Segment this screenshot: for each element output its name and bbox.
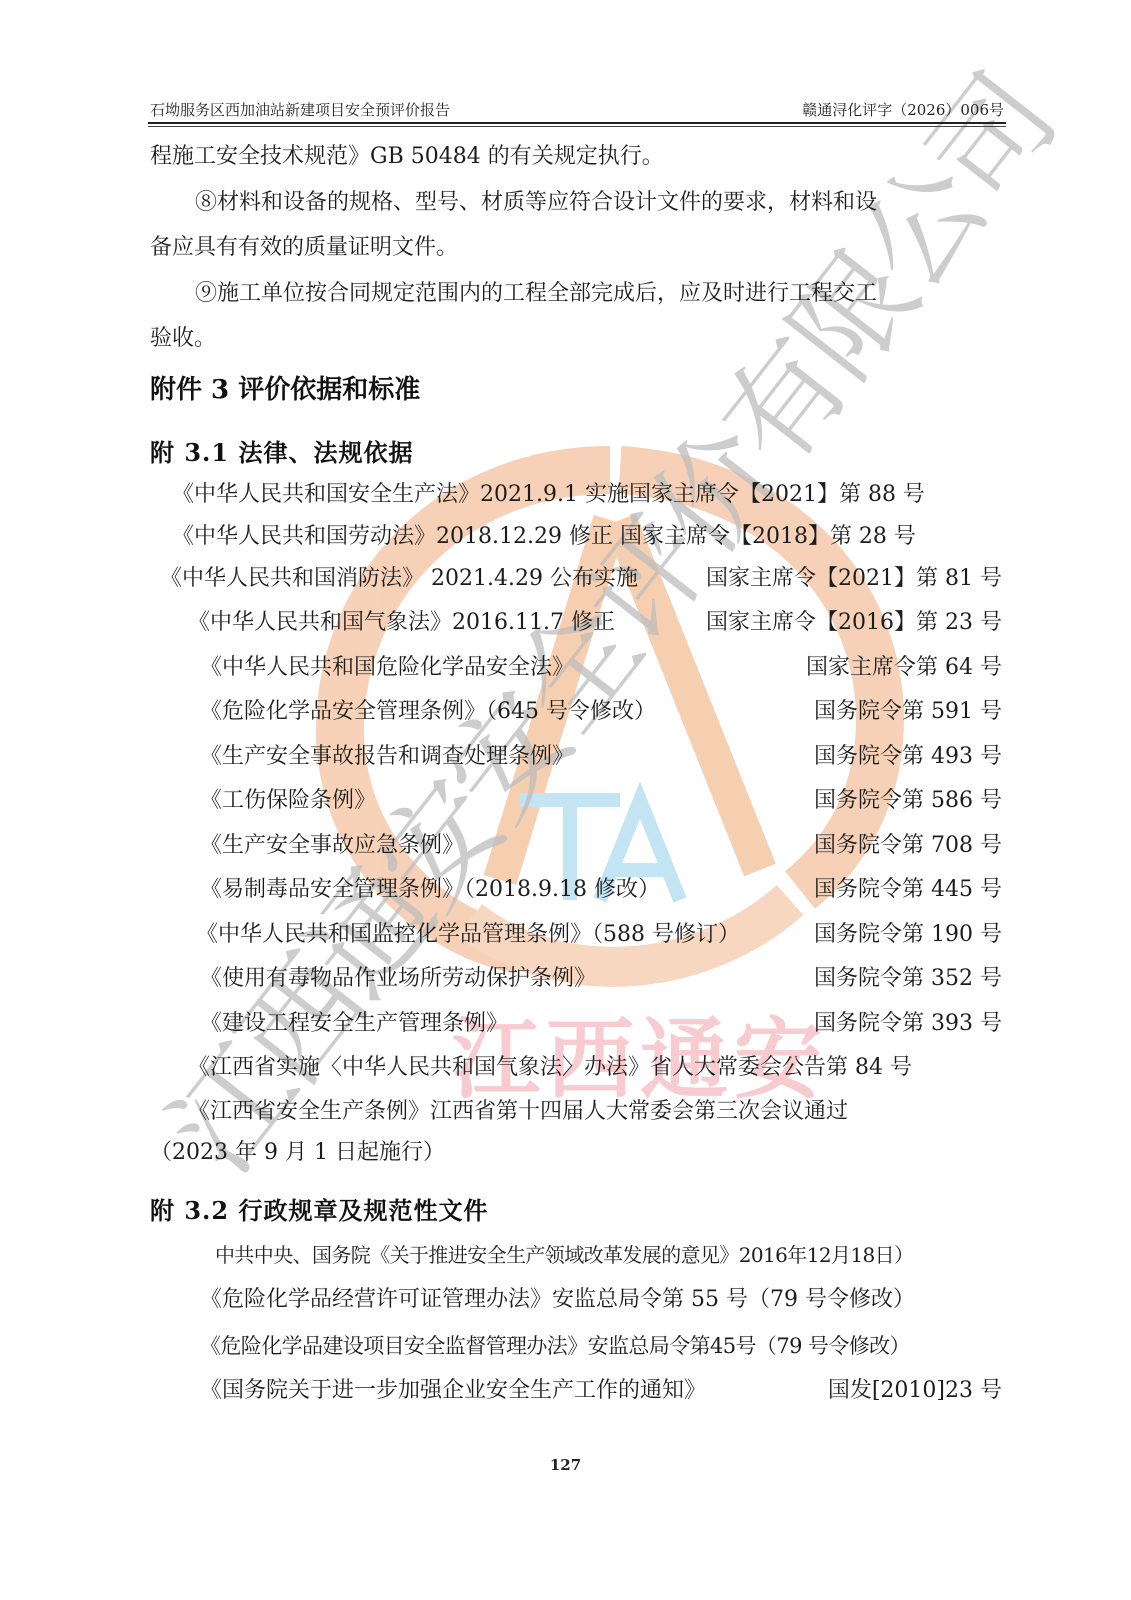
regulation-entry: 《危险化学品建设项目安全监督管理办法》安监总局令第45号（79 号令修改）	[200, 1331, 910, 1361]
item-9-text-cont: 验收。	[150, 324, 216, 354]
list-item: 《工伤保险条例》 国务院令第 586 号	[200, 786, 1002, 816]
law-order-number: 国务院令第 190 号	[814, 920, 1002, 950]
regulation-entry: 《危险化学品经营许可证管理办法》安监总局令第 55 号（79 号令修改）	[200, 1285, 915, 1315]
list-item: 《危险化学品安全管理条例》（645 号令修改） 国务院令第 591 号	[200, 697, 1002, 727]
list-item: 《危险化学品经营许可证管理办法》安监总局令第 55 号（79 号令修改）	[200, 1285, 1002, 1315]
list-item: 《国务院关于进一步加强企业安全生产工作的通知》 国发[2010]23 号	[200, 1376, 1002, 1406]
list-item: 《江西省实施〈中华人民共和国气象法〉办法》省人大常委会公告第 84 号	[188, 1053, 1002, 1083]
law-order-number: 国务院令第 352 号	[814, 964, 1002, 994]
law-entry: 《工伤保险条例》	[200, 786, 376, 816]
section-3-2-heading: 附 3.2 行政规章及规范性文件	[150, 1195, 488, 1227]
list-item: 《使用有毒物品作业场所劳动保护条例》 国务院令第 352 号	[200, 964, 1002, 994]
list-item: 《建设工程安全生产管理条例》 国务院令第 393 号	[200, 1009, 1002, 1039]
item-8-text: ⑧材料和设备的规格、型号、材质等应符合设计文件的要求，材料和设	[195, 188, 877, 218]
item-8-text-cont: 备应具有有效的质量证明文件。	[150, 233, 458, 263]
appendix-title: 附件 3 评价依据和标准	[150, 373, 420, 407]
law-entry: 《中华人民共和国监控化学品管理条例》（588 号修订）	[196, 920, 740, 950]
law-order-number: 国务院令第 445 号	[814, 875, 1002, 905]
regulation-entry: 《国务院关于进一步加强企业安全生产工作的通知》	[200, 1376, 706, 1406]
law-entry: 《使用有毒物品作业场所劳动保护条例》	[200, 964, 596, 994]
item-9-text: ⑨施工单位按合同规定范围内的工程全部完成后，应及时进行工程交工	[195, 279, 877, 309]
law-entry-effective-date: （2023 年 9 月 1 日起施行）	[150, 1138, 445, 1168]
list-item: 《中华人民共和国劳动法》2018.12.29 修正 国家主席令【2018】第 2…	[172, 522, 1002, 552]
list-item: 《中华人民共和国危险化学品安全法》 国家主席令第 64 号	[200, 653, 1002, 683]
law-entry: 《生产安全事故应急条例》	[200, 831, 464, 861]
header-divider	[148, 122, 1006, 124]
report-title: 石坳服务区西加油站新建项目安全预评价报告	[150, 99, 450, 120]
law-entry: 《中华人民共和国劳动法》2018.12.29 修正 国家主席令【2018】第 2…	[172, 522, 916, 552]
list-item: 《江西省安全生产条例》江西省第十四届人大常委会第三次会议通过	[188, 1097, 1002, 1127]
section-3-1-heading: 附 3.1 法律、法规依据	[150, 437, 413, 469]
header-divider-thin	[148, 126, 1006, 127]
law-order-number: 国家主席令【2021】第 81 号	[706, 564, 1002, 594]
regulation-entry: 中共中央、国务院《关于推进安全生产领域改革发展的意见》2016年12月18日）	[215, 1240, 913, 1270]
law-entry: 《易制毒品安全管理条例》（2018.9.18 修改）	[200, 875, 660, 905]
list-item: 《中华人民共和国监控化学品管理条例》（588 号修订） 国务院令第 190 号	[196, 920, 1002, 950]
law-order-number: 国务院令第 493 号	[814, 742, 1002, 772]
law-entry: 《中华人民共和国危险化学品安全法》	[200, 653, 574, 683]
law-entry: 《中华人民共和国气象法》2016.11.7 修正	[188, 608, 615, 638]
law-order-number: 国务院令第 708 号	[814, 831, 1002, 861]
list-item: （2023 年 9 月 1 日起施行）	[150, 1138, 1002, 1168]
list-item: 《中华人民共和国气象法》2016.11.7 修正 国家主席令【2016】第 23…	[188, 608, 1002, 638]
list-item: 《中华人民共和国消防法》 2021.4.29 公布实施 国家主席令【2021】第…	[160, 564, 1002, 594]
law-entry: 《生产安全事故报告和调查处理条例》	[200, 742, 574, 772]
continuation-text: 程施工安全技术规范》GB 50484 的有关规定执行。	[150, 142, 664, 172]
law-order-number: 国务院令第 586 号	[814, 786, 1002, 816]
page-number: 127	[0, 1456, 1131, 1474]
law-order-number: 国家主席令第 64 号	[806, 653, 1002, 683]
law-entry: 《中华人民共和国安全生产法》2021.9.1 实施国家主席令【2021】第 88…	[172, 480, 925, 510]
law-entry: 《中华人民共和国消防法》 2021.4.29 公布实施	[160, 564, 638, 594]
regulation-number: 国发[2010]23 号	[828, 1376, 1002, 1406]
page-content: 石坳服务区西加油站新建项目安全预评价报告 赣通浔化评字（2026）006号 程施…	[0, 0, 1131, 1600]
law-entry: 《建设工程安全生产管理条例》	[200, 1009, 508, 1039]
list-item: 《生产安全事故报告和调查处理条例》 国务院令第 493 号	[200, 742, 1002, 772]
document-page: 江西通安 江西通安安全评价有限公司 石坳服务区西加油站新建项目安全预评价报告 赣…	[0, 0, 1131, 1600]
law-entry: 《危险化学品安全管理条例》（645 号令修改）	[200, 697, 656, 727]
list-item: 中共中央、国务院《关于推进安全生产领域改革发展的意见》2016年12月18日）	[215, 1240, 1005, 1270]
list-item: 《生产安全事故应急条例》 国务院令第 708 号	[200, 831, 1002, 861]
document-number: 赣通浔化评字（2026）006号	[802, 99, 1004, 120]
list-item: 《中华人民共和国安全生产法》2021.9.1 实施国家主席令【2021】第 88…	[172, 480, 1002, 510]
list-item: 《易制毒品安全管理条例》（2018.9.18 修改） 国务院令第 445 号	[200, 875, 1002, 905]
running-header: 石坳服务区西加油站新建项目安全预评价报告 赣通浔化评字（2026）006号	[150, 96, 1004, 120]
law-order-number: 国家主席令【2016】第 23 号	[706, 608, 1002, 638]
law-order-number: 国务院令第 591 号	[814, 697, 1002, 727]
law-order-number: 国务院令第 393 号	[814, 1009, 1002, 1039]
list-item: 《危险化学品建设项目安全监督管理办法》安监总局令第45号（79 号令修改）	[200, 1331, 1002, 1361]
law-entry: 《江西省安全生产条例》江西省第十四届人大常委会第三次会议通过	[188, 1097, 848, 1127]
law-entry: 《江西省实施〈中华人民共和国气象法〉办法》省人大常委会公告第 84 号	[188, 1053, 912, 1083]
